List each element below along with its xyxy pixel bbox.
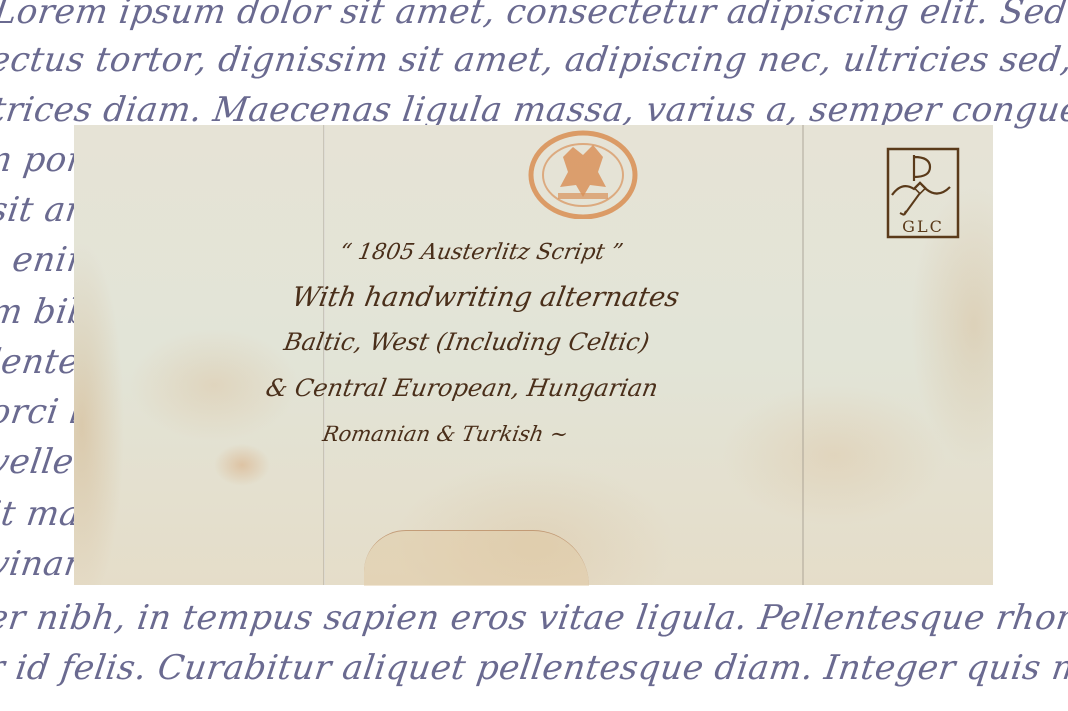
eagle-seal-stamp-icon — [528, 127, 638, 219]
bg-line: r id felis. Curabitur aliquet pellentesq… — [0, 648, 1068, 688]
note-title: “ 1805 Austerlitz Script ” — [338, 240, 625, 265]
paper-fold-line — [802, 125, 804, 585]
note-line: & Central European, Hungarian — [264, 374, 661, 402]
bg-line: Lorem ipsum dolor sit amet, consectetur … — [0, 0, 1068, 32]
bg-line: ectus tortor, dignissim sit amet, adipis… — [0, 40, 1068, 80]
logo-initials: GLC — [902, 217, 944, 236]
glc-logo-icon: GLC — [886, 147, 960, 239]
note-line: Romanian & Turkish ~ — [321, 422, 570, 446]
note-line: With handwriting alternates — [289, 282, 681, 313]
vintage-letter-paper: GLC “ 1805 Austerlitz Script ” With hand… — [74, 125, 993, 585]
torn-paper-scrap — [364, 530, 589, 586]
bg-line: er nibh, in tempus sapien eros vitae lig… — [0, 598, 1068, 638]
bg-line: trices diam. Maecenas ligula massa, vari… — [0, 90, 1068, 130]
note-line: Baltic, West (Including Celtic) — [282, 328, 652, 356]
